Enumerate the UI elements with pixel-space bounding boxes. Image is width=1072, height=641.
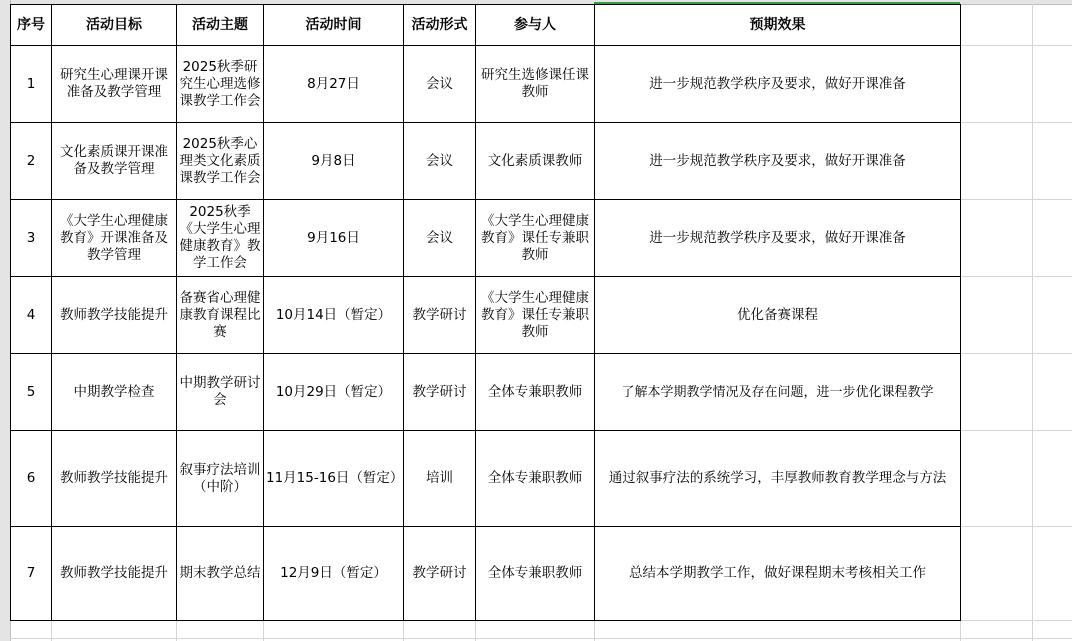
cell-theme[interactable]: 备赛省心理健康教育课程比赛 (177, 277, 264, 354)
gridline (960, 45, 1072, 46)
gridline (263, 620, 264, 641)
cell-effect[interactable]: 通过叙事疗法的系统学习，丰厚教师教育教学理念与方法 (595, 431, 961, 527)
cell-no[interactable]: 2 (11, 123, 52, 200)
gridline (176, 620, 177, 641)
cell-goal[interactable]: 《大学生心理健康教育》开课准备及教学管理 (52, 200, 177, 277)
cell-participants[interactable]: 《大学生心理健康教育》课任专兼职教师 (476, 277, 595, 354)
cell-participants[interactable]: 研究生选修课任课教师 (476, 46, 595, 123)
cell-effect[interactable]: 优化备赛课程 (595, 277, 961, 354)
table-row: 2 文化素质课开课准备及教学管理 2025秋季心理类文化素质课教学工作会 9月8… (11, 123, 961, 200)
gridline (403, 620, 404, 641)
cell-time[interactable]: 9月8日 (264, 123, 404, 200)
gridline (10, 638, 1072, 639)
gridline (960, 199, 1072, 200)
cell-goal[interactable]: 教师教学技能提升 (52, 431, 177, 527)
cell-no[interactable]: 4 (11, 277, 52, 354)
table-row: 3 《大学生心理健康教育》开课准备及教学管理 2025秋季《大学生心理健康教育》… (11, 200, 961, 277)
cell-participants[interactable]: 《大学生心理健康教育》课任专兼职教师 (476, 200, 595, 277)
cell-goal[interactable]: 文化素质课开课准备及教学管理 (52, 123, 177, 200)
cell-time[interactable]: 12月9日（暂定） (264, 527, 404, 621)
cell-participants[interactable]: 全体专兼职教师 (476, 527, 595, 621)
cell-effect[interactable]: 了解本学期教学情况及存在问题，进一步优化课程教学 (595, 354, 961, 431)
cell-goal[interactable]: 教师教学技能提升 (52, 277, 177, 354)
cell-theme[interactable]: 2025秋季研究生心理选修课教学工作会 (177, 46, 264, 123)
header-cell-form[interactable]: 活动形式 (404, 5, 476, 46)
table-row: 7 教师教学技能提升 期末教学总结 12月9日（暂定） 教学研讨 全体专兼职教师… (11, 527, 961, 621)
cell-form[interactable]: 会议 (404, 123, 476, 200)
cell-effect[interactable]: 进一步规范教学秩序及要求，做好开课准备 (595, 123, 961, 200)
cell-theme[interactable]: 中期教学研讨会 (177, 354, 264, 431)
table-row: 6 教师教学技能提升 叙事疗法培训（中阶） 11月15-16日（暂定） 培训 全… (11, 431, 961, 527)
gridline (960, 620, 961, 641)
gridline (960, 276, 1072, 277)
cell-effect[interactable]: 进一步规范教学秩序及要求，做好开课准备 (595, 200, 961, 277)
cell-no[interactable]: 6 (11, 431, 52, 527)
cell-effect[interactable]: 总结本学期教学工作，做好课程期末考核相关工作 (595, 527, 961, 621)
cell-theme[interactable]: 叙事疗法培训（中阶） (177, 431, 264, 527)
gridline (960, 122, 1072, 123)
header-cell-goal[interactable]: 活动目标 (52, 5, 177, 46)
cell-goal[interactable]: 教师教学技能提升 (52, 527, 177, 621)
cell-time[interactable]: 10月29日（暂定） (264, 354, 404, 431)
gridline (960, 430, 1072, 431)
cell-effect[interactable]: 进一步规范教学秩序及要求，做好开课准备 (595, 46, 961, 123)
cell-form[interactable]: 教学研讨 (404, 354, 476, 431)
cell-theme[interactable]: 期末教学总结 (177, 527, 264, 621)
header-cell-theme[interactable]: 活动主题 (177, 5, 264, 46)
cell-time[interactable]: 9月16日 (264, 200, 404, 277)
cell-no[interactable]: 7 (11, 527, 52, 621)
gridline (594, 620, 595, 641)
cell-goal[interactable]: 中期教学检查 (52, 354, 177, 431)
cell-goal[interactable]: 研究生心理课开课准备及教学管理 (52, 46, 177, 123)
gridline (1032, 4, 1033, 641)
gridline (51, 620, 52, 641)
header-cell-time[interactable]: 活动时间 (264, 5, 404, 46)
cell-form[interactable]: 会议 (404, 46, 476, 123)
table-row: 4 教师教学技能提升 备赛省心理健康教育课程比赛 10月14日（暂定） 教学研讨… (11, 277, 961, 354)
cell-theme[interactable]: 2025秋季心理类文化素质课教学工作会 (177, 123, 264, 200)
header-cell-no[interactable]: 序号 (11, 5, 52, 46)
cell-no[interactable]: 3 (11, 200, 52, 277)
cell-time[interactable]: 8月27日 (264, 46, 404, 123)
gridline (960, 526, 1072, 527)
cell-participants[interactable]: 文化素质课教师 (476, 123, 595, 200)
activity-plan-table: 序号 活动目标 活动主题 活动时间 活动形式 参与人 预期效果 1 研究生心理课… (10, 4, 961, 621)
header-cell-participants[interactable]: 参与人 (476, 5, 595, 46)
cell-participants[interactable]: 全体专兼职教师 (476, 431, 595, 527)
header-cell-effect[interactable]: 预期效果 (595, 5, 961, 46)
cell-form[interactable]: 会议 (404, 200, 476, 277)
table-row: 1 研究生心理课开课准备及教学管理 2025秋季研究生心理选修课教学工作会 8月… (11, 46, 961, 123)
cell-theme[interactable]: 2025秋季《大学生心理健康教育》教学工作会 (177, 200, 264, 277)
cell-form[interactable]: 教学研讨 (404, 277, 476, 354)
table-row: 5 中期教学检查 中期教学研讨会 10月29日（暂定） 教学研讨 全体专兼职教师… (11, 354, 961, 431)
gridline (475, 620, 476, 641)
gridline (960, 353, 1072, 354)
cell-participants[interactable]: 全体专兼职教师 (476, 354, 595, 431)
cell-no[interactable]: 1 (11, 46, 52, 123)
cell-no[interactable]: 5 (11, 354, 52, 431)
cell-form[interactable]: 培训 (404, 431, 476, 527)
cell-time[interactable]: 10月14日（暂定） (264, 277, 404, 354)
header-row: 序号 活动目标 活动主题 活动时间 活动形式 参与人 预期效果 (11, 5, 961, 46)
cell-form[interactable]: 教学研讨 (404, 527, 476, 621)
cell-time[interactable]: 11月15-16日（暂定） (264, 431, 404, 527)
